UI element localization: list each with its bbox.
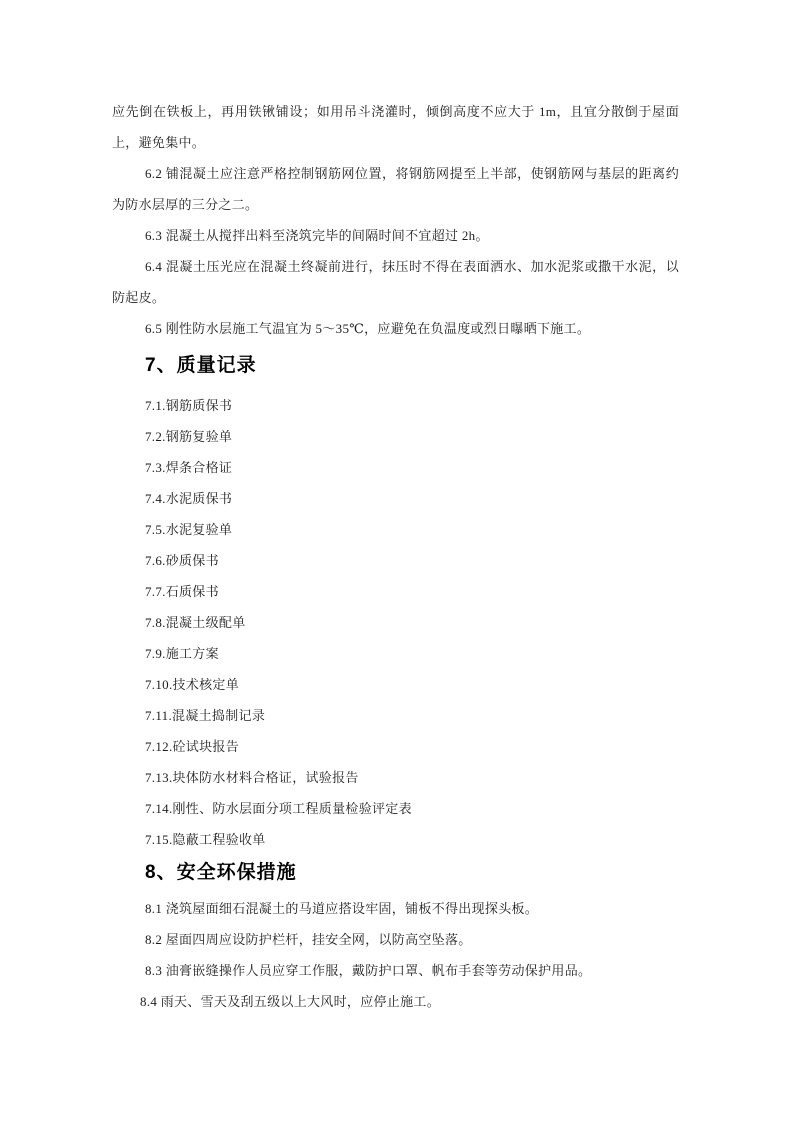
- section-8-heading: 8、安全环保措施: [112, 855, 679, 891]
- quality-record-item-7-9: 7.9.施工方案: [112, 638, 679, 669]
- paragraph-6-3: 6.3 混凝土从搅拌出料至浇筑完毕的间隔时间不宜超过 2h。: [112, 220, 679, 251]
- safety-paragraph-8-1: 8.1 浇筑屋面细石混凝土的马道应搭设牢固，铺板不得出现探头板。: [112, 893, 679, 924]
- quality-record-item-7-15: 7.15.隐蔽工程验收单: [112, 824, 679, 855]
- paragraph-6-1-continuation: 应先倒在铁板上，再用铁锹铺设；如用吊斗浇灌时，倾倒高度不应大于 1m，且宜分散倒…: [112, 96, 679, 158]
- quality-record-item-7-7: 7.7.石质保书: [112, 576, 679, 607]
- document-page: 应先倒在铁板上，再用铁锹铺设；如用吊斗浇灌时，倾倒高度不应大于 1m，且宜分散倒…: [0, 0, 793, 1122]
- quality-record-item-7-1: 7.1.钢筋质保书: [112, 390, 679, 421]
- paragraph-6-5: 6.5 刚性防水层施工气温宜为 5～35℃，应避免在负温度或烈日曝晒下施工。: [112, 313, 679, 344]
- quality-record-item-7-8: 7.8.混凝土级配单: [112, 607, 679, 638]
- quality-record-item-7-6: 7.6.砂质保书: [112, 545, 679, 576]
- paragraph-6-4: 6.4 混凝土压光应在混凝土终凝前进行，抹压时不得在表面洒水、加水泥浆或撒干水泥…: [112, 251, 679, 313]
- quality-record-item-7-3: 7.3.焊条合格证: [112, 452, 679, 483]
- quality-record-item-7-14: 7.14.刚性、防水层面分项工程质量检验评定表: [112, 793, 679, 824]
- safety-paragraph-8-3: 8.3 油膏嵌缝操作人员应穿工作服，戴防护口罩、帆布手套等劳动保护用品。: [112, 955, 679, 986]
- quality-record-item-7-13: 7.13.块体防水材料合格证，试验报告: [112, 762, 679, 793]
- quality-record-item-7-4: 7.4.水泥质保书: [112, 483, 679, 514]
- safety-paragraph-8-2: 8.2 屋面四周应设防护栏杆，挂安全网，以防高空坠落。: [112, 924, 679, 955]
- paragraph-6-2: 6.2 铺混凝土应注意严格控制钢筋网位置，将钢筋网提至上半部，使钢筋网与基层的距…: [112, 158, 679, 220]
- quality-record-item-7-2: 7.2.钢筋复验单: [112, 421, 679, 452]
- document-content: 应先倒在铁板上，再用铁锹铺设；如用吊斗浇灌时，倾倒高度不应大于 1m，且宜分散倒…: [112, 96, 679, 1017]
- quality-record-item-7-11: 7.11.混凝土捣制记录: [112, 700, 679, 731]
- safety-paragraph-8-4: 8.4 雨天、雪天及刮五级以上大风时，应停止施工。: [112, 986, 679, 1017]
- quality-record-item-7-5: 7.5.水泥复验单: [112, 514, 679, 545]
- section-7-heading: 7、质量记录: [112, 348, 679, 384]
- quality-record-item-7-12: 7.12.砼试块报告: [112, 731, 679, 762]
- quality-record-item-7-10: 7.10.技术核定单: [112, 669, 679, 700]
